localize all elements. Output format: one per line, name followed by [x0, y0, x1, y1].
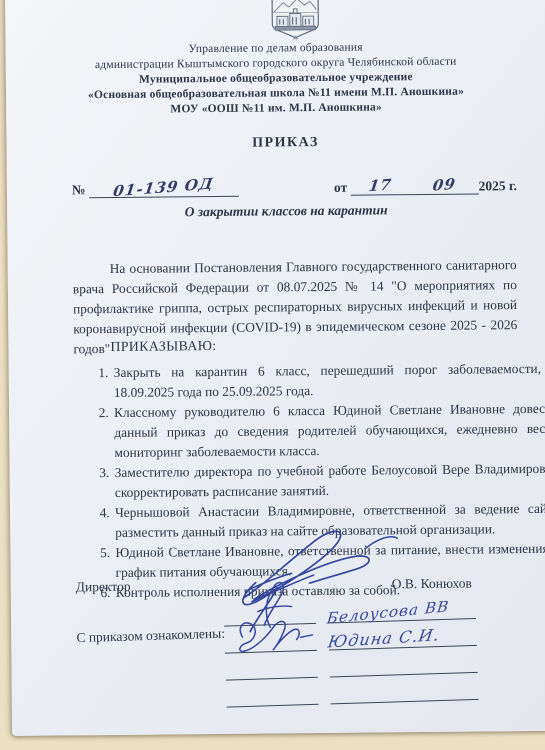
order-date-day-value: 17: [368, 176, 394, 196]
acknowledgement-grid: Белоусова ВВ Юдина С.И.: [223, 594, 538, 711]
order-date-month-value: 09: [432, 175, 458, 195]
order-number-value: 01-139 ОД: [113, 175, 216, 201]
letterhead: Управление по делам образования админист…: [36, 39, 517, 119]
director-label: Директор: [76, 579, 131, 595]
order-item-1: Закрыть на карантин 6 класс, перешедший …: [112, 359, 545, 403]
photographed-order-document: { "colors":{ "paper":"#edf0f5", "backgro…: [0, 0, 545, 750]
number-date-row: № 01-139 ОД от 17092025 г.: [72, 175, 517, 179]
document-type-title: ПРИКАЗ: [6, 133, 545, 154]
ack-signature-2: [228, 615, 319, 658]
ack-signature-line-3: [226, 677, 318, 681]
order-date-month-line: 09: [410, 175, 478, 195]
ack-signature-line-4: [227, 704, 319, 708]
kyshtym-coat-of-arms-icon: [267, 0, 323, 39]
order-item-2: Классному руководителю 6 класса Юдиной С…: [112, 399, 545, 463]
order-date-field: от 17092025 г.: [334, 175, 517, 196]
order-date-label: от: [334, 180, 347, 195]
order-number-field: № 01-139 ОД: [72, 178, 239, 199]
director-name: О.В. Конюхов: [392, 576, 472, 593]
directive-word: ПРИКАЗЫВАЮ:: [110, 338, 216, 355]
order-subject-title: О закрытии классов на карантин: [7, 201, 545, 222]
order-date-day-line: 17: [350, 176, 410, 196]
acknowledged-label: С приказом ознакомлены:: [76, 626, 225, 647]
order-number-label: №: [72, 182, 86, 197]
order-date-year: 2025 г.: [478, 178, 517, 193]
ack-name-line-4: [331, 699, 479, 705]
acknowledgement-block: С приказом ознакомлены: Белоусова ВВ Юди…: [76, 616, 536, 630]
order-number-line: 01-139 ОД: [89, 178, 239, 198]
order-item-3: Заместителю директора по учебной работе …: [113, 459, 545, 503]
paper-sheet: Управление по делам образования админист…: [5, 0, 545, 736]
